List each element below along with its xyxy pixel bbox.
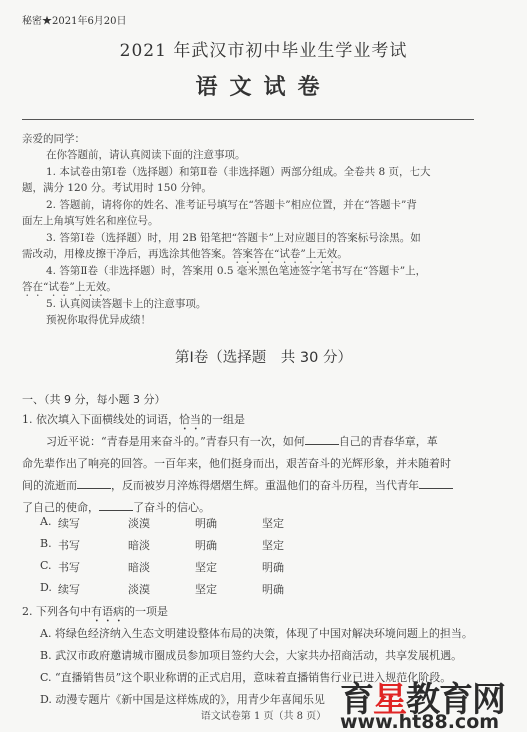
stem-text-end: 的一组是 [201,413,245,426]
instruction-2-line1: 2. 答题前，请将你的姓名、准考证号填写在“答题卡”相应位置，并在“答题卡”背 [46,198,417,213]
instruction-5: 5. 认真阅读答题卡上的注意事项。 [46,297,206,312]
blank-3 [419,478,453,489]
option-word-2: 淡漠 [128,515,150,531]
blank-1 [305,434,339,445]
greeting: 亲爱的同学： [22,132,85,147]
watermark-url: www.ht88.com [340,711,499,732]
passage-text: 了自己的使命， [22,501,99,514]
option-word-1: 续写 [58,515,80,531]
blank-4 [99,500,133,511]
part-heading: 一、（共 9 分，每小题 3 分） [22,391,165,407]
stem-emphasis: 恰当 [179,413,201,426]
passage-line-2: 命先辈作出了响亮的回答。一百年来，他们挺身而出，艰苦奋斗的光辉形象，并未随着时 [22,455,451,471]
option-word-3: 明确 [195,515,217,531]
q2-option-d: D. 动漫专题片《新中国是这样炼成的》，用青少年喜闻乐见 [40,691,325,707]
option-label: A. [40,515,51,528]
passage-text: ，反而被岁月淬炼得熠熠生辉。重温他们的奋斗历程，当代青年 [111,479,419,492]
option-word-1: 续写 [58,581,80,597]
section-title: 第Ⅰ卷（选择题 共 30 分） [0,346,527,367]
blank-2 [77,478,111,489]
subject-title: 语文试卷 [0,70,527,101]
option-label: C. [40,559,52,572]
instruction-1-line2: 题，满分 120 分。考试用时 150 分钟。 [22,181,212,196]
instruction-4-line1: 4. 答第Ⅱ卷（非选择题）时，答案用 0.5 毫米黑色笔迹签字笔书写在“答题卡”… [46,264,426,279]
passage-text: 间的流逝而 [22,479,77,492]
q2-option-b: B. 武汉市政府邀请城市圈成员参加项目签约大会，大家共办招商活动，共享发展机遇。 [40,647,462,663]
option-word-3: 坚定 [195,581,217,597]
option-label: D. [40,581,52,594]
option-word-4: 明确 [262,581,284,597]
q2-option-a: A. 将绿色经济纳入生态文明建设整体布局的决策，体现了中国对解决环境问题上的担当… [40,625,473,641]
instruction-3-text: 需改动，用橡皮擦干净后，再选涂其他答案。 [22,248,232,260]
option-word-2: 暗淡 [128,537,150,553]
question-2-stem: 2. 下列各句中有语病的一项是 [22,603,168,625]
option-word-1: 书写 [58,559,80,575]
exam-title: 2021 年武汉市初中毕业生学业考试 [0,36,527,61]
stem-text: 2. 下列各句中 [22,605,91,618]
header-divider [22,119,474,120]
stem-text: 1. 依次填入下面横线处的词语， [22,413,179,426]
option-word-2: 淡漠 [128,581,150,597]
instruction-3-emphasis: 答案答在“试卷”上无效。 [232,248,348,260]
confidential-date: 秘密★2021年6月20日 [22,12,127,27]
option-word-1: 书写 [58,537,80,553]
option-word-2: 暗淡 [128,559,150,575]
option-word-4: 坚定 [262,515,284,531]
exam-page: 秘密★2021年6月20日 2021 年武汉市初中毕业生学业考试 语文试卷 亲爱… [0,0,527,732]
question-1-stem: 1. 依次填入下面横线处的词语，恰当的一组是 [22,411,245,433]
option-word-3: 明确 [195,537,217,553]
intro: 在你答题前，请认真阅读下面的注意事项。 [46,148,246,163]
instruction-1-line1: 1. 本试卷由第Ⅰ卷（选择题）和第Ⅱ卷（非选择题）两部分组成。全卷共 8 页，七… [46,165,431,180]
instruction-3-line1: 3. 答第Ⅰ卷（选择题）时，用 2B 铅笔把“答题卡”上对应题目的答案标号涂黑。… [46,231,421,246]
stem-emphasis: 有语病 [91,605,124,618]
passage-text: 自己的青春华章，革 [339,435,438,448]
passage-line-3: 间的流逝而，反而被岁月淬炼得熠熠生辉。重温他们的奋斗历程，当代青年 [22,477,453,493]
option-label: B. [40,537,52,550]
option-word-4: 坚定 [262,537,284,553]
passage-line-4: 了自己的使命，了奋斗的信心。 [22,499,210,515]
closing: 预祝你取得优异成绩！ [46,313,151,328]
stem-text-end: 的一项是 [124,605,168,618]
passage-text: 习近平说：“青春是用来奋斗的。”青春只有一次，如何 [46,435,305,448]
passage-text: 了奋斗的信心。 [133,501,210,514]
option-word-4: 明确 [262,559,284,575]
passage-line-1: 习近平说：“青春是用来奋斗的。”青春只有一次，如何自己的青春华章，革 [46,433,438,449]
option-word-3: 坚定 [195,559,217,575]
instruction-2-line2: 面左上角填写姓名和座位号。 [22,214,159,229]
